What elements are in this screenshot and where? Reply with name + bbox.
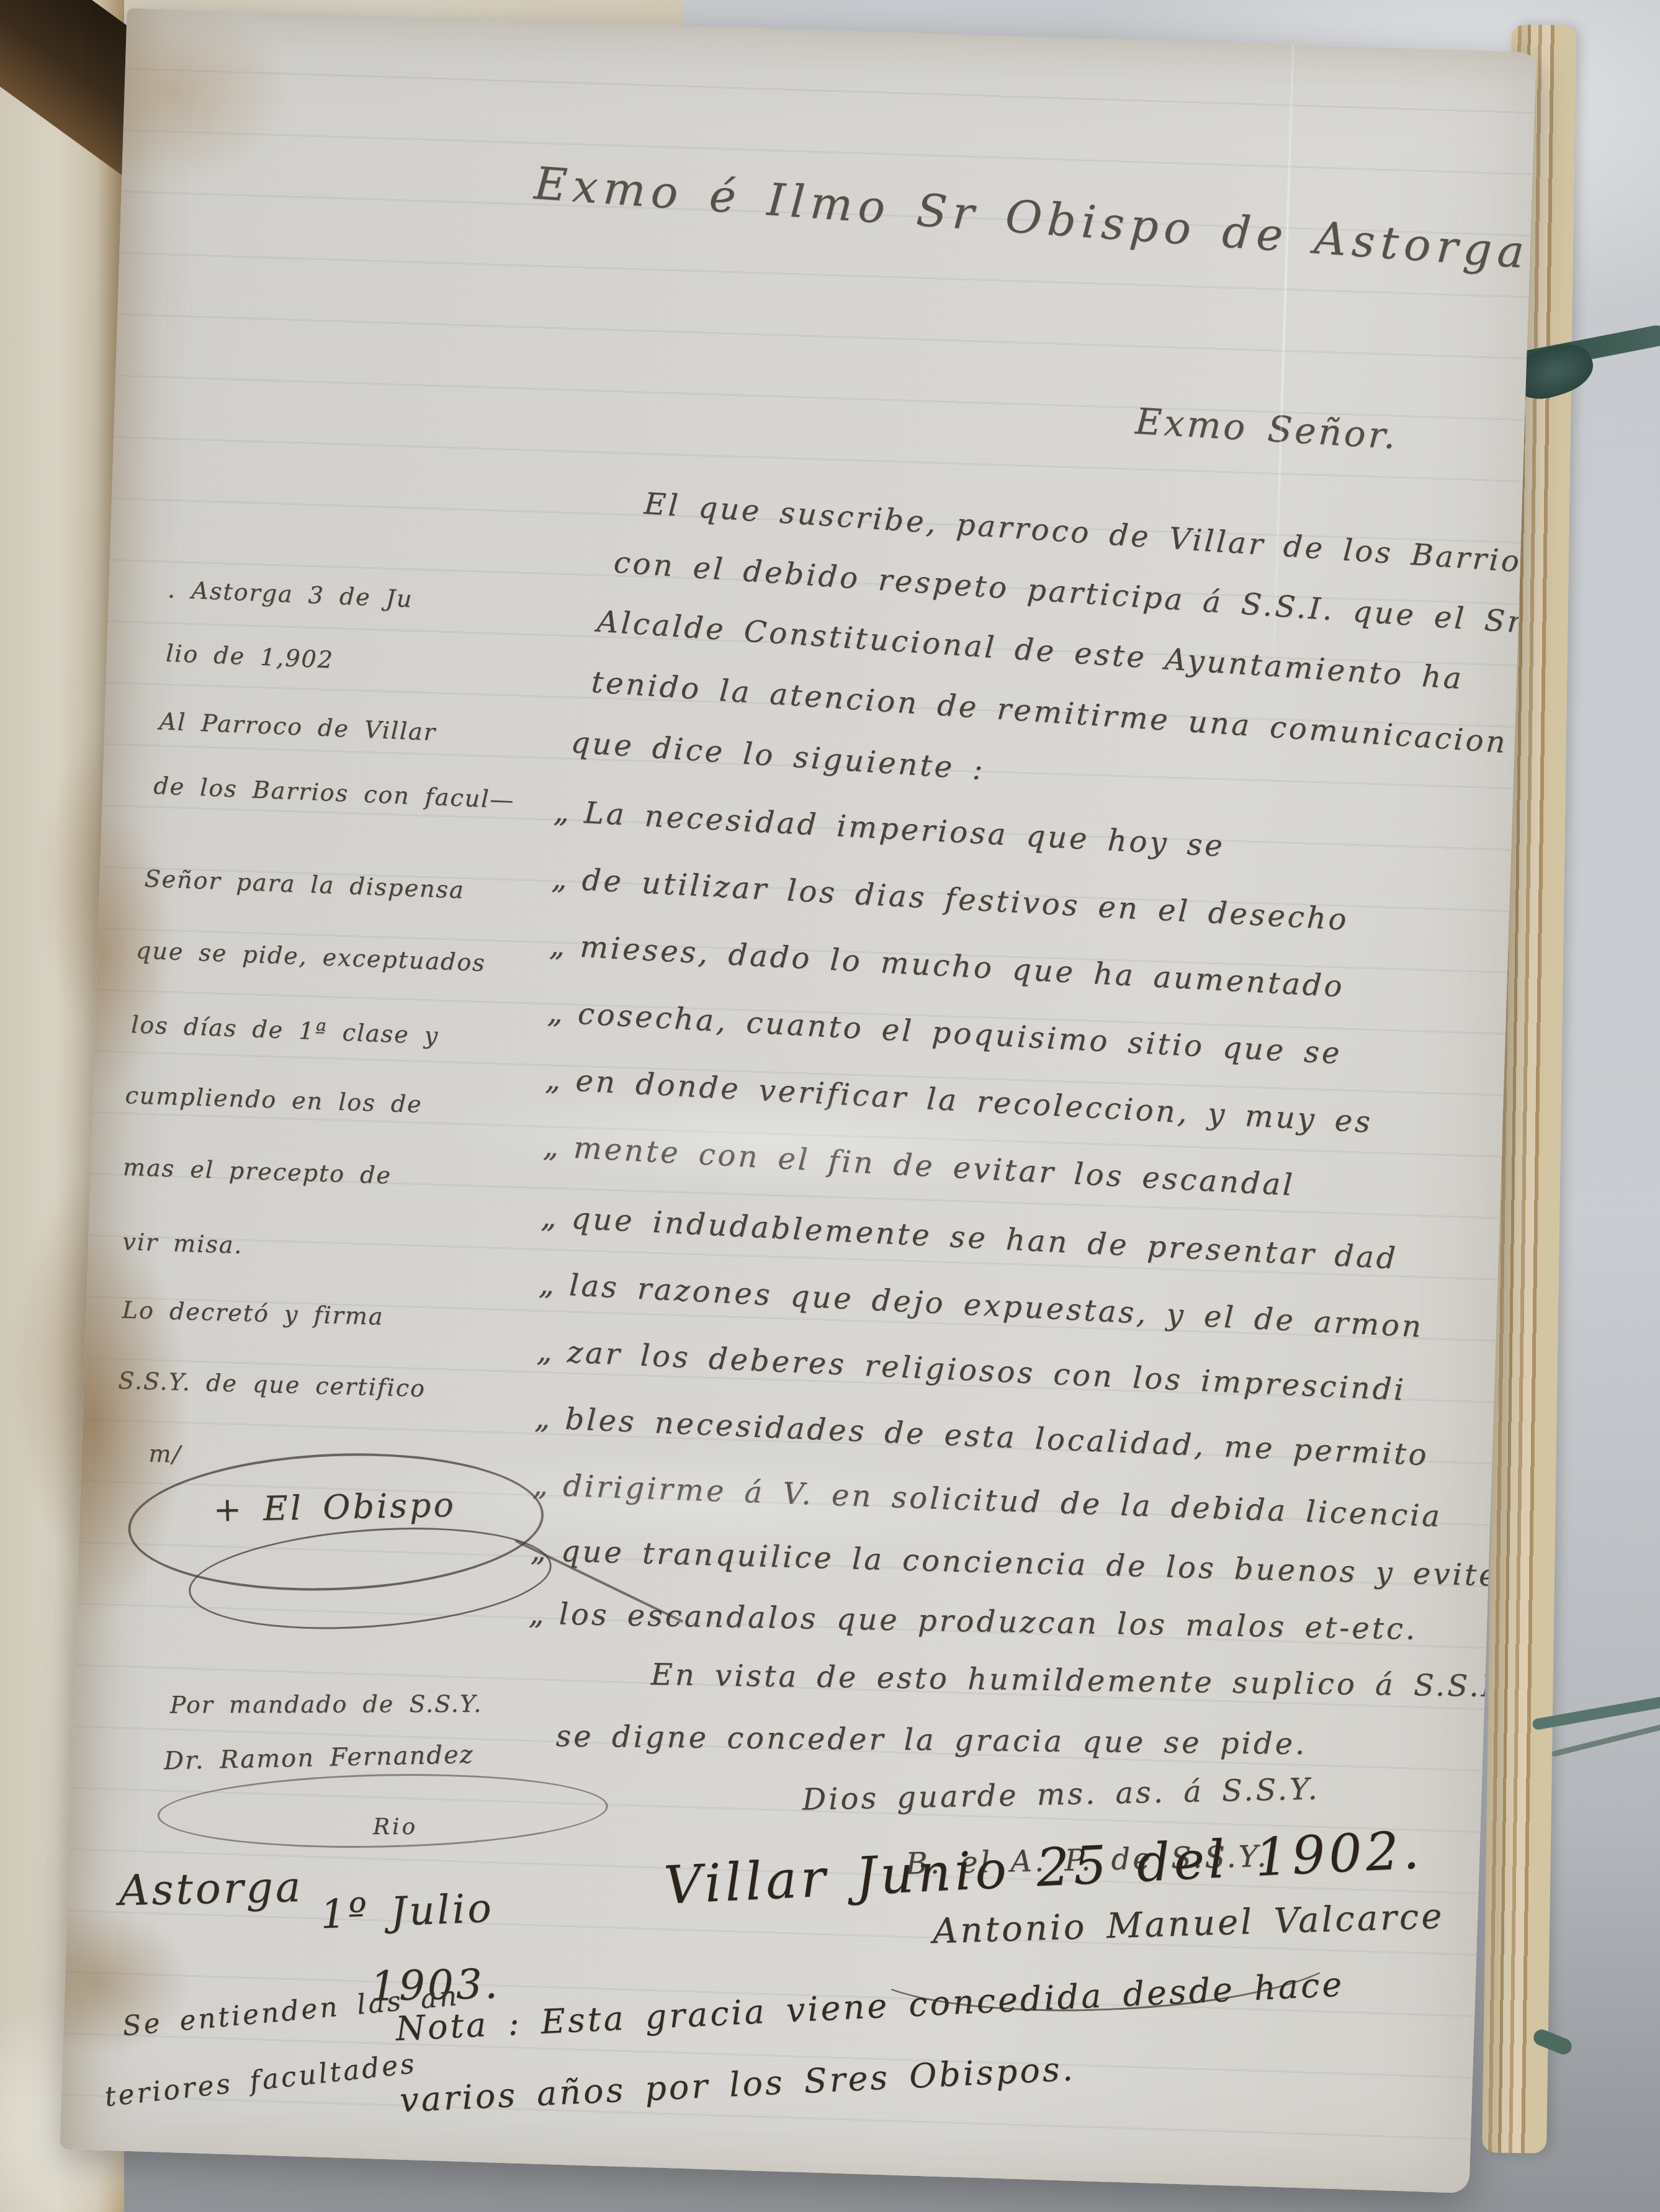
closing-line: En vista de esto humildemente suplico á …	[650, 1660, 1507, 1701]
secretary-line: Rio	[373, 1816, 418, 1838]
quote-line: „bles necesidades de esta localidad, me …	[534, 1403, 1430, 1470]
quote-line-text: los escandalos que produzcan los malos e…	[559, 1597, 1417, 1647]
quote-line: „dirigirme á V. en solicitud de la debid…	[532, 1470, 1443, 1531]
secretary-rubric	[157, 1770, 609, 1852]
quote-mark: „	[549, 928, 568, 963]
quote-line-text: dirigirme á V. en solicitud de la debida…	[562, 1469, 1443, 1534]
margin-note: los días de 1ª clase y	[131, 1013, 439, 1047]
date-julio: 1º Julio	[320, 1889, 495, 1935]
margin-note: cumpliendo en los de	[125, 1083, 423, 1116]
quote-line: „de utilizar los dias festivos en el des…	[551, 863, 1350, 934]
quote-mark: „	[547, 995, 567, 1030]
quote-mark: „	[541, 1199, 560, 1235]
margin-note: que se pide, exceptuados	[135, 938, 486, 975]
quote-line: „en donde verificar la recoleccion, y mu…	[545, 1064, 1373, 1137]
manuscript-photo: Exmo é Ilmo Sr Obispo de Astorga. Exmo S…	[0, 0, 1660, 2212]
quote-line-text: mente con el fin de evitar los escandal	[573, 1131, 1296, 1203]
margin-note: Lo decretó y firma	[122, 1298, 384, 1328]
quote-mark: „	[551, 861, 571, 896]
page-title: Exmo é Ilmo Sr Obispo de Astorga.	[533, 161, 1537, 276]
quote-line-text: La necesidad imperiosa que hoy se	[583, 795, 1226, 864]
margin-note: S.S.Y. de que certifico	[118, 1369, 426, 1400]
quote-line-text: que indudablemente se han de presentar d…	[570, 1201, 1399, 1276]
margin-note: Señor para la dispensa	[144, 867, 465, 902]
salutation: Exmo Señor.	[1134, 403, 1399, 454]
bookmark-string-bottom-thin	[1551, 1723, 1660, 1757]
quote-line: „que indudablemente se han de presentar …	[541, 1202, 1399, 1273]
quote-mark: „	[544, 1062, 564, 1097]
quote-line: „mieses, dado lo mucho que ha aumentado	[549, 930, 1345, 1001]
quote-line-text: cosecha, cuanto el poquisimo sitio que s…	[577, 996, 1343, 1071]
bishop-signature: + El Obispo	[213, 1489, 456, 1527]
margin-note: . Astorga 3 de Ju	[168, 578, 414, 611]
margin-note: vir misa.	[122, 1230, 243, 1257]
date-villar: Villar Junio 25 del 1902.	[663, 1824, 1424, 1912]
quote-mark: „	[536, 1333, 555, 1369]
quote-line-text: en donde verificar la recoleccion, y muy…	[575, 1063, 1373, 1140]
nota-margin-line: teriores facultades	[104, 2050, 418, 2111]
quote-line: „cosecha, cuanto el poquisimo sitio que …	[547, 997, 1343, 1068]
quote-line-text: de utilizar los dias festivos en el dese…	[581, 862, 1350, 938]
margin-note: m/	[148, 1441, 182, 1466]
quote-line: „zar los deberes religiosos con los impr…	[536, 1336, 1407, 1405]
quote-line-text: mieses, dado lo mucho que ha aumentado	[579, 929, 1345, 1004]
valediction-line: Dios guarde ms. as. á S.S.Y.	[802, 1774, 1320, 1814]
quote-mark: „	[528, 1596, 547, 1631]
quote-line-text: zar los deberes religiosos con los impre…	[567, 1335, 1407, 1407]
quote-mark: „	[534, 1400, 554, 1436]
nota-line: varios años por los Sres Obispos.	[399, 2052, 1076, 2117]
quote-line-text: las razones que dejo expuestas, y el de …	[568, 1268, 1424, 1344]
secretary-line: Dr. Ramon Fernandez	[164, 1742, 474, 1773]
quote-line: „los escandalos que produzcan los malos …	[528, 1599, 1417, 1644]
quote-line: „La necesidad imperiosa que hoy se	[553, 796, 1226, 861]
quote-line: „que tranquilice la conciencia de los bu…	[530, 1536, 1499, 1591]
margin-note: Al Parroco de Villar	[159, 709, 437, 744]
quote-mark: „	[553, 794, 573, 829]
quote-line-text: bles necesidades de esta localidad, me p…	[564, 1402, 1429, 1472]
quote-line: „las razones que dejo expuestas, y el de…	[538, 1269, 1424, 1342]
manuscript-page: Exmo é Ilmo Sr Obispo de Astorga. Exmo S…	[60, 8, 1536, 2193]
closing-line: se digne conceder la gracia que se pide.	[555, 1721, 1307, 1759]
margin-note: mas el precepto de	[123, 1155, 392, 1188]
quote-mark: „	[538, 1266, 558, 1302]
secretary-line: Por mandado de S.S.Y.	[170, 1692, 482, 1717]
opening-line: que dice lo siguiente :	[570, 727, 986, 784]
margin-note: de los Barrios con facul—	[153, 774, 515, 812]
date-astorga: Astorga	[119, 1866, 303, 1912]
quote-line-text: que tranquilice la conciencia de los bue…	[560, 1534, 1499, 1593]
margin-note: lio de 1,902	[165, 642, 334, 672]
quote-line: „mente con el fin de evitar los escandal	[542, 1131, 1295, 1200]
quote-mark: „	[542, 1129, 562, 1164]
